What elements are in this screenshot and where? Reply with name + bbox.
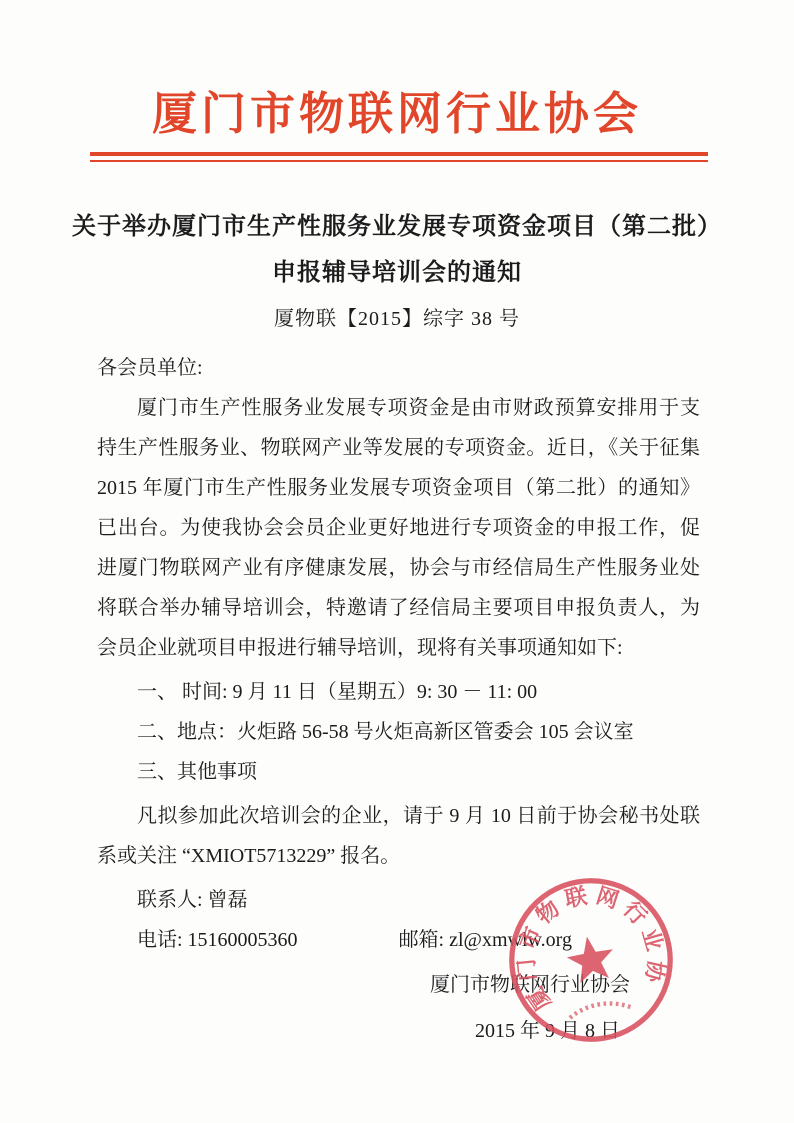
paragraph-line: 厦门市生产性服务业发展专项资金是由市财政预算安排用于支 bbox=[97, 388, 700, 428]
item-list: 一、 时间: 9 月 11 日（星期五）9: 30 － 11: 00 二、地点：… bbox=[97, 672, 700, 792]
notice-title: 关于举办厦门市生产性服务业发展专项资金项目（第二批） 申报辅导培训会的通知 bbox=[0, 204, 794, 296]
contact-block: 联系人: 曾磊 电话: 15160005360 邮箱: zl@xmwlw.org bbox=[97, 880, 700, 960]
contact-email: 邮箱: zl@xmwlw.org bbox=[399, 920, 572, 960]
contact-row: 电话: 15160005360 邮箱: zl@xmwlw.org bbox=[97, 920, 700, 960]
document-page: 厦门市物联网行业协会 关于举办厦门市生产性服务业发展专项资金项目（第二批） 申报… bbox=[0, 0, 794, 1123]
contact-phone: 电话: 15160005360 bbox=[137, 929, 298, 951]
body-paragraph: 厦门市生产性服务业发展专项资金是由市财政预算安排用于支 持生产性服务业、物联网产… bbox=[97, 388, 700, 668]
paragraph-line: 持生产性服务业、物联网产业等发展的专项资金。近日，《关于征集 bbox=[97, 428, 700, 468]
letterhead-org-name: 厦门市物联网行业协会 bbox=[0, 0, 794, 142]
notice-body: 各会员单位: 厦门市生产性服务业发展专项资金是由市财政预算安排用于支 持生产性服… bbox=[0, 348, 794, 1054]
doc-number: 厦物联【2015】综字 38 号 bbox=[0, 304, 794, 334]
paragraph-line: 进厦门物联网产业有序健康发展，协会与市经信局生产性服务业处 bbox=[97, 548, 700, 588]
list-item-time: 一、 时间: 9 月 11 日（星期五）9: 30 － 11: 00 bbox=[97, 672, 700, 712]
paragraph-line: 将联合举办辅导培训会，特邀请了经信局主要项目申报负责人，为 bbox=[97, 588, 700, 628]
signature-date: 2015 年 9 月 8 日 bbox=[97, 1008, 700, 1054]
letterhead-rules bbox=[90, 152, 708, 162]
list-item-location: 二、地点：火炬路 56-58 号火炬高新区管委会 105 会议室 bbox=[97, 712, 700, 752]
notice-title-line2: 申报辅导培训会的通知 bbox=[0, 250, 794, 296]
notice-title-line1: 关于举办厦门市生产性服务业发展专项资金项目（第二批） bbox=[0, 204, 794, 250]
header-rule-thin bbox=[90, 160, 708, 162]
closing-line: 系或关注 “XMIOT5713229” 报名。 bbox=[97, 836, 700, 876]
contact-person: 联系人: 曾磊 bbox=[97, 880, 700, 920]
closing-paragraph: 凡拟参加此次培训会的企业，请于 9 月 10 日前于协会秘书处联 系或关注 “X… bbox=[97, 796, 700, 876]
paragraph-line: 会员企业就项目申报进行辅导培训，现将有关事项通知如下: bbox=[97, 628, 700, 668]
paragraph-line: 已出台。为使我协会会员企业更好地进行专项资金的申报工作，促 bbox=[97, 508, 700, 548]
header-rule-thick bbox=[90, 152, 708, 156]
paragraph-line: 2015 年厦门市生产性服务业发展专项资金项目（第二批）的通知》 bbox=[97, 468, 700, 508]
list-item-other: 三、其他事项 bbox=[97, 752, 700, 792]
closing-line: 凡拟参加此次培训会的企业，请于 9 月 10 日前于协会秘书处联 bbox=[97, 796, 700, 836]
signature-org: 厦门市物联网行业协会 bbox=[97, 962, 700, 1008]
signature-block: 厦门市物联网行业协会 2015 年 9 月 8 日 bbox=[97, 962, 700, 1054]
salutation: 各会员单位: bbox=[97, 348, 700, 388]
